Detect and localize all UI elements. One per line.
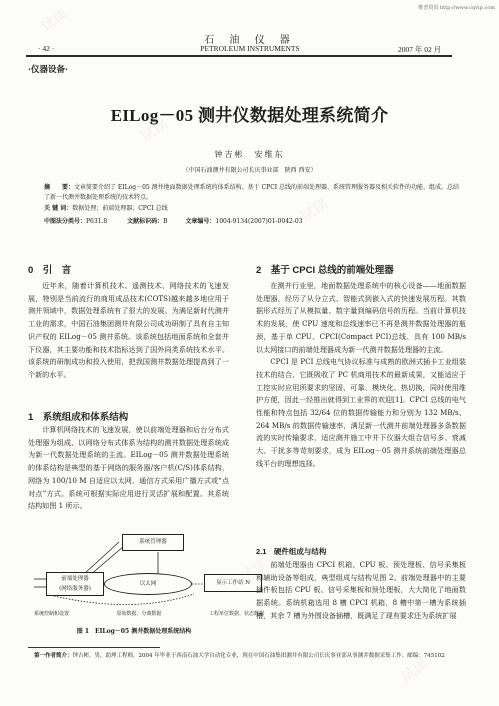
section-1-heading: 1 系统组成和体系结构 — [28, 409, 128, 423]
section-2-heading: 2 基于 CPCI 总线的前端处理器 — [256, 262, 394, 276]
footnote-label: 第一作者简介： — [34, 653, 73, 659]
section-2-body: 在测井行业里，地面数据处理系统中的核心设备——地面数据处理器，经历了从分立式、智… — [256, 280, 466, 471]
source-link[interactable]: 维普资讯 http://www.cqvip.com — [418, 4, 495, 11]
abstract: 摘 要：文章简要介绍了 EILog－05 测井地面数据处理系统的体系结构、基于 … — [44, 183, 460, 203]
doc-code-value: B — [163, 218, 167, 225]
header-rule — [26, 55, 452, 57]
ethernet-ellipse: 以太网 — [104, 573, 192, 595]
paragraph: 前端处理器由 CPCI 机箱、CPU 板、预处理板、信号采集板和辅助设备等组成，… — [256, 559, 466, 623]
figure-1: 系统管理器 前端处理器 (网络服务器) 以太网 显示工作站 N 系统控制和设置 … — [34, 534, 234, 636]
clc-label: 中图法分类号： — [44, 218, 86, 225]
article-no-value: 1004-9134(2007)01-0042-03 — [215, 218, 302, 225]
journal-title-en: PETROLEUM INSTRUMENTS — [150, 44, 350, 53]
paragraph: 计算机网络技术的飞速发展，使以前端处理器和后台分布式处理器为组成、以网络分布式体… — [28, 424, 229, 513]
section-0-body: 近年来，随着计算机技术、遥测技术、网络技术的飞速发展，特别是当前流行的商用成品技… — [28, 280, 229, 382]
section-0-heading: 0 引 言 — [28, 262, 71, 276]
section-2-1-heading: 2.1 硬件组成与结构 — [256, 546, 326, 557]
clc-value: P631.8 — [86, 218, 107, 225]
system-manager-box: 系统管理器 — [122, 534, 184, 551]
article-title: EILog－05 测井仪数据处理系统简介 — [0, 101, 499, 126]
classification-line: 中图法分类号：P631.8 文献标识码：B 文章编号：1004-9134(200… — [44, 217, 460, 227]
keywords: 关 键 词：数据处理；前端处理器；CPCI 总线 — [44, 204, 460, 214]
affiliation: （中国石油测井有限公司长庆事业部 陕西 西安） — [0, 165, 499, 174]
paragraph: CPCI 是 PCI 总线电气协议标准与成熟的欧洲式插卡工业组装技术的结合，它既… — [256, 356, 466, 470]
network-server-label: (网络服务器) — [47, 584, 103, 594]
paragraph: 近年来，随着计算机技术、遥测技术、网络技术的飞速发展，特别是当前流行的商用成品技… — [28, 280, 229, 382]
page-number: · 42 · — [38, 44, 54, 53]
figure-legend: 系统控制和设置 原始数据、分离数据 工程单位数据、状态数据 — [34, 610, 264, 617]
doc-code-label: 文献标识码： — [127, 218, 163, 225]
section-1-body: 计算机网络技术的飞速发展，使以前端处理器和后台分布式处理器为组成、以网络分布式体… — [28, 424, 229, 513]
legend-raw-data: 原始数据、分离数据 — [116, 610, 161, 617]
issue-date: 2007 年 02 月 — [398, 44, 441, 55]
author-footnote: 第一作者简介：钟吉彬，男，助理工程师，2004 年毕业于西南石油大学自动化专业，… — [34, 652, 464, 661]
article-no-label: 文章编号： — [185, 218, 215, 225]
keywords-text: 数据处理；前端处理器；CPCI 总线 — [72, 205, 168, 212]
front-end-processor-box: 前端处理器 (网络服务器) — [46, 572, 104, 596]
legend-system-control: 系统控制和设置 — [34, 610, 69, 617]
footnote-rule — [28, 647, 160, 648]
abstract-text: 文章简要介绍了 EILog－05 测井地面数据处理系统的体系结构、基于 CPCI… — [44, 184, 459, 201]
keywords-label: 关 键 词： — [44, 205, 72, 212]
section-tag: ·仪器设备· — [28, 63, 68, 75]
display-workstation-box: 显示工作站 N — [204, 574, 262, 592]
footnote-text: 钟吉彬，男，助理工程师，2004 年毕业于西南石油大学自动化专业，现在中国石油集… — [73, 653, 445, 659]
figure-caption: 图 1 EILog－05 测井数据处理系统结构 — [34, 626, 234, 635]
paragraph: 在测井行业里，地面数据处理系统中的核心设备——地面数据处理器，经历了从分立式、智… — [256, 280, 466, 356]
section-2-1-body: 前端处理器由 CPCI 机箱、CPU 板、预处理板、信号采集板和辅助设备等组成，… — [256, 559, 466, 623]
authors: 钟吉彬 安维东 — [0, 149, 499, 160]
watermark-glyph: 试读 — [37, 4, 71, 36]
front-end-label: 前端处理器 — [47, 574, 103, 584]
abstract-label: 摘 要： — [44, 184, 74, 191]
